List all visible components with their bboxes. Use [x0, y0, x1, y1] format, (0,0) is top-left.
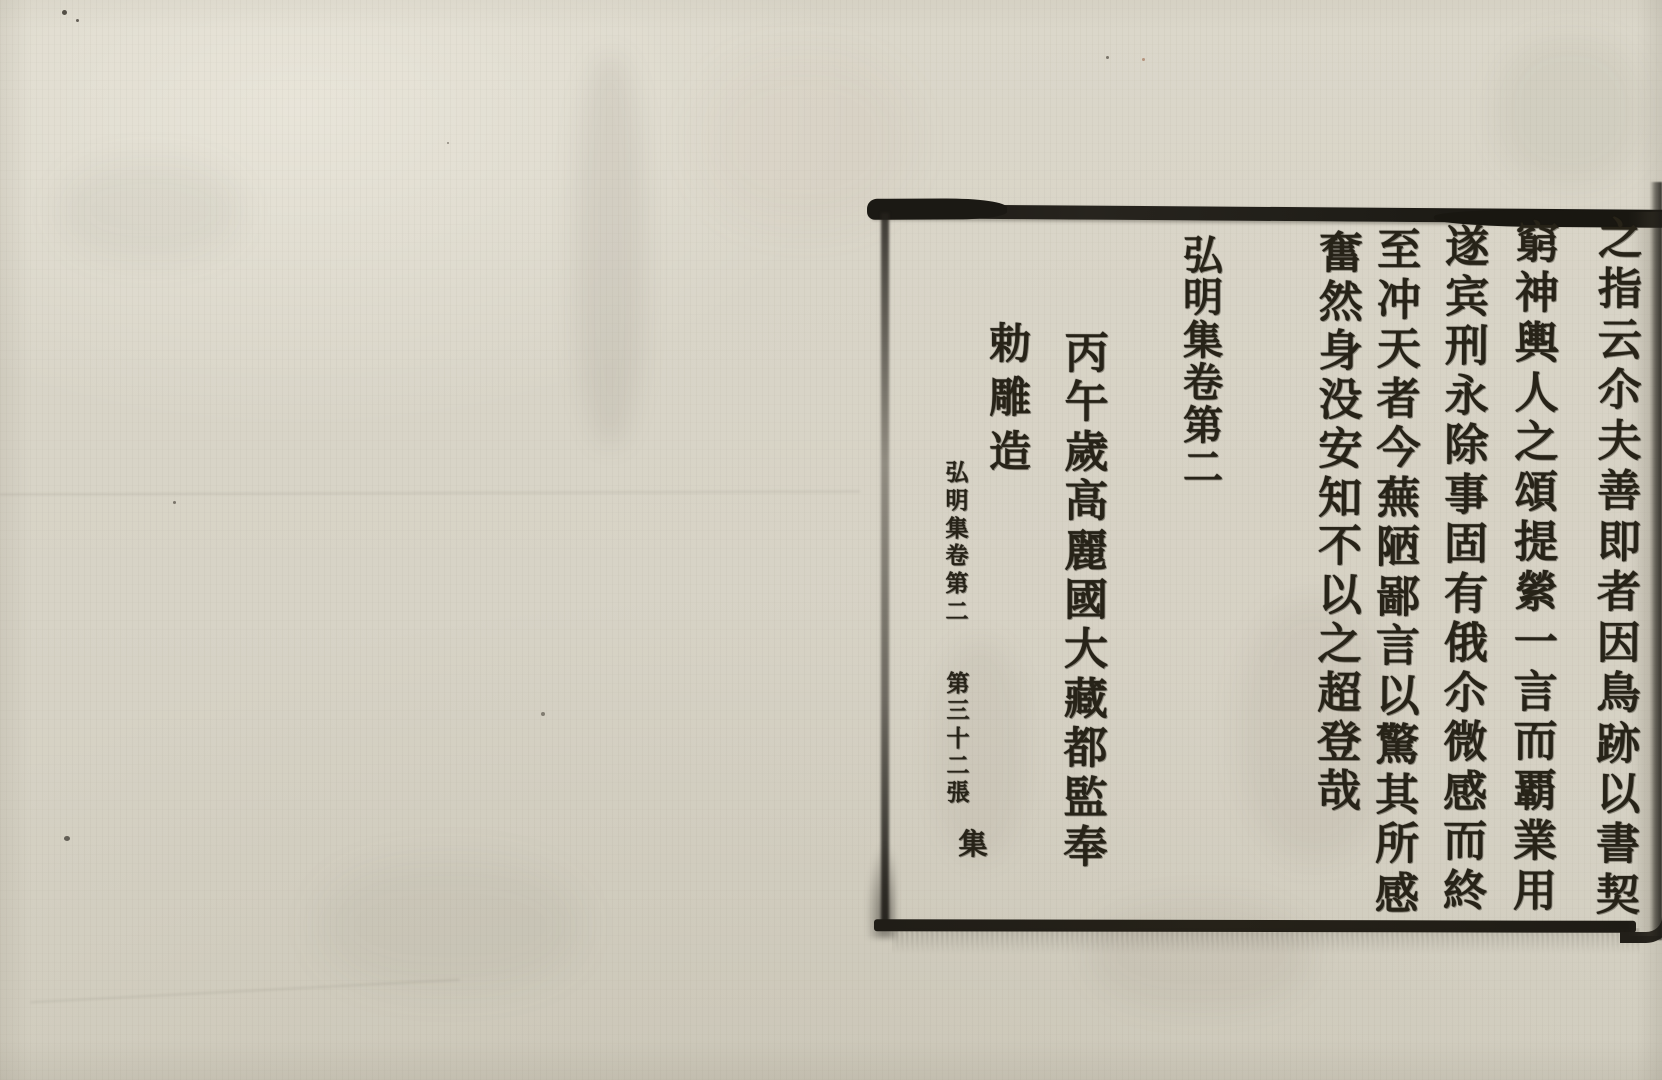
glyph: 不: [1318, 525, 1362, 569]
footer-case-mark: 集: [955, 830, 991, 876]
glyph: 午: [1064, 381, 1108, 425]
text-column-3: 遂宾刑永除事固有俄尒微感而終: [1439, 226, 1493, 914]
glyph: 刑: [1445, 325, 1489, 369]
glyph: 第: [1183, 406, 1223, 446]
paper-stain: [1090, 900, 1310, 1010]
text-block-border-left: [881, 213, 889, 929]
paper-speck: [1106, 56, 1109, 59]
paper-stain: [1495, 35, 1645, 185]
glyph: 即: [1597, 521, 1641, 565]
glyph: 其: [1375, 774, 1419, 818]
glyph: 契: [1596, 874, 1640, 918]
glyph: 因: [1597, 622, 1641, 666]
glyph: 天: [1377, 328, 1421, 372]
glyph: 明: [946, 490, 969, 513]
glyph: 没: [1318, 379, 1362, 423]
glyph: 國: [1064, 579, 1108, 623]
glyph: 事: [1444, 474, 1488, 518]
glyph: 張: [947, 782, 970, 805]
paper-stain: [320, 860, 580, 990]
paper-speck: [1142, 58, 1145, 61]
glyph: 之: [1598, 218, 1642, 262]
text-column-5: 奮然身没安知不以之超登哉: [1313, 232, 1367, 814]
glyph: 云: [1598, 319, 1642, 363]
glyph: 神: [1515, 272, 1559, 316]
glyph: 尒: [1598, 369, 1642, 413]
glyph: 鄙: [1376, 576, 1420, 620]
glyph: 十: [947, 728, 970, 751]
glyph: 窮: [1515, 222, 1559, 266]
glyph: 弘: [1183, 236, 1223, 276]
glyph: 夫: [1597, 420, 1641, 464]
glyph: 一: [1514, 621, 1558, 665]
glyph: 之: [1317, 623, 1361, 667]
paper-crease: [30, 979, 460, 1004]
glyph: 驚: [1375, 724, 1419, 768]
glyph: 奮: [1319, 232, 1363, 276]
glyph: 遂: [1445, 226, 1489, 270]
glyph: 弘: [946, 462, 969, 485]
glyph: 感: [1375, 873, 1419, 917]
glyph: 頌: [1514, 471, 1558, 515]
glyph: 二: [1183, 448, 1223, 488]
glyph: 以: [1596, 773, 1640, 817]
glyph: 至: [1377, 229, 1421, 273]
glyph: 提: [1514, 521, 1558, 565]
volume-end-title: 弘明集卷第二: [1178, 236, 1228, 488]
glyph: 卷: [946, 545, 969, 568]
glyph: 言: [1513, 671, 1557, 715]
glyph: 而: [1513, 720, 1557, 764]
paper-speck: [62, 10, 67, 15]
glyph: 書: [1596, 823, 1640, 867]
glyph: 以: [1318, 574, 1362, 618]
glyph: 高: [1064, 480, 1108, 524]
glyph: 第: [947, 673, 970, 696]
glyph: 身: [1319, 330, 1363, 374]
glyph: 監: [1063, 776, 1107, 820]
glyph: 超: [1317, 672, 1361, 716]
glyph: 輿: [1515, 322, 1559, 366]
paper-stain: [575, 55, 645, 445]
glyph: 造: [989, 431, 1031, 473]
glyph: 永: [1445, 375, 1489, 419]
paper-speck: [541, 712, 545, 716]
glyph: 而: [1443, 820, 1487, 864]
glyph: 今: [1376, 427, 1420, 471]
glyph: 知: [1318, 476, 1362, 520]
glyph: 善: [1597, 470, 1641, 514]
glyph: 歲: [1064, 431, 1108, 475]
paper-speck: [173, 501, 176, 504]
glyph: 集: [958, 830, 987, 859]
footer-volume-label: 弘明集卷第二: [938, 462, 976, 624]
glyph: 用: [1513, 870, 1557, 914]
glyph: 覇: [1513, 770, 1557, 814]
glyph: 尒: [1443, 672, 1487, 716]
colophon-date-line: 丙午歲高麗國大藏都監奉: [1059, 332, 1112, 870]
glyph: 大: [1064, 628, 1108, 672]
glyph: 之: [1514, 421, 1558, 465]
text-column-4: 至冲天者今蕪陋鄙言以驚其所感: [1371, 229, 1425, 917]
paper-speck: [447, 142, 449, 144]
colophon-edict-line: 勅雕造: [985, 323, 1035, 473]
glyph: 以: [1375, 675, 1419, 719]
glyph: 鳥: [1596, 672, 1640, 716]
glyph: 登: [1317, 721, 1361, 765]
glyph: 冲: [1377, 278, 1421, 322]
glyph: 麗: [1064, 530, 1108, 574]
glyph: 感: [1443, 771, 1487, 815]
glyph: 集: [1183, 321, 1223, 361]
glyph: 縈: [1514, 571, 1558, 615]
glyph: 奉: [1063, 826, 1107, 870]
glyph: 宾: [1445, 275, 1489, 319]
glyph: 二: [947, 755, 970, 778]
glyph: 丙: [1065, 332, 1109, 376]
glyph: 安: [1318, 428, 1362, 472]
glyph: 明: [1183, 278, 1223, 318]
glyph: 言: [1376, 625, 1420, 669]
glyph: 哉: [1317, 770, 1361, 814]
glyph: 集: [946, 518, 969, 541]
glyph: 卷: [1183, 363, 1223, 403]
paper-speck: [64, 836, 70, 841]
glyph: 微: [1443, 721, 1487, 765]
glyph: 終: [1443, 870, 1487, 914]
glyph: 三: [947, 700, 970, 723]
text-column-1: 之指云尒夫善即者因鳥跡以書契: [1592, 218, 1646, 918]
glyph: 有: [1444, 573, 1488, 617]
glyph: 蕪: [1376, 477, 1420, 521]
glyph: 藏: [1064, 678, 1108, 722]
glyph: 第: [946, 573, 969, 596]
glyph: 二: [946, 601, 969, 624]
footer-sheet-label: 第三十二張: [941, 673, 975, 805]
glyph: 勅: [989, 323, 1031, 365]
glyph: 固: [1444, 523, 1488, 567]
paper-stain: [60, 160, 240, 260]
glyph: 跡: [1596, 722, 1640, 766]
glyph: 陋: [1376, 526, 1420, 570]
paper-speck: [76, 19, 79, 22]
glyph: 指: [1598, 268, 1642, 312]
glyph: 人: [1515, 371, 1559, 415]
glyph: 俄: [1444, 622, 1488, 666]
glyph: 然: [1319, 281, 1363, 325]
paper-crease: [0, 490, 860, 495]
page-edge: [1650, 182, 1662, 940]
glyph: 業: [1513, 820, 1557, 864]
glyph: 除: [1444, 424, 1488, 468]
glyph: 都: [1064, 727, 1108, 771]
text-column-2: 窮神輿人之頌提縈一言而覇業用: [1509, 222, 1563, 914]
scanned-page: 之指云尒夫善即者因鳥跡以書契 窮神輿人之頌提縈一言而覇業用 遂宾刑永除事固有俄尒…: [0, 0, 1662, 1080]
glyph: 雕: [989, 377, 1031, 419]
ink-bleed: [892, 928, 1640, 954]
glyph: 者: [1597, 571, 1641, 615]
glyph: 者: [1377, 378, 1421, 422]
glyph: 所: [1375, 823, 1419, 867]
